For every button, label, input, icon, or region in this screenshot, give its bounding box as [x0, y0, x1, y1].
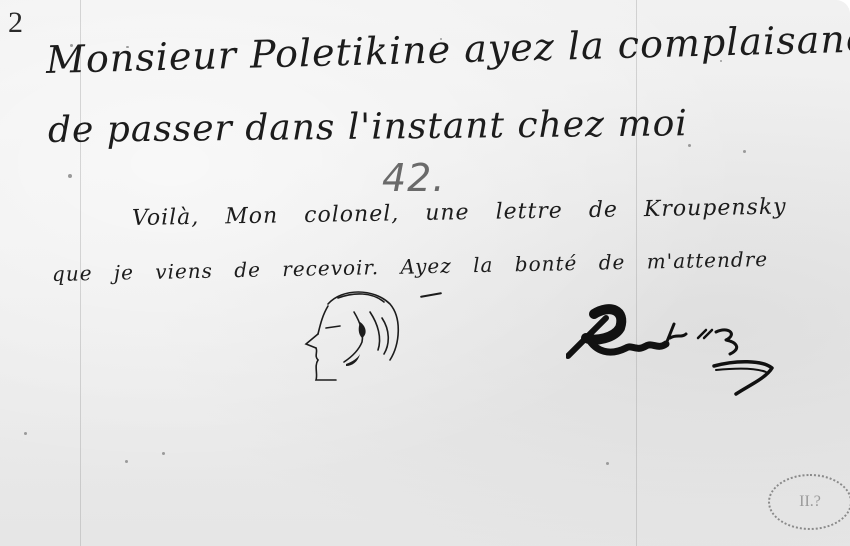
archive-stamp-text: II.?: [799, 493, 821, 511]
ink-underline: [420, 292, 442, 298]
paper-speck: [688, 144, 691, 147]
paper-speck: [162, 452, 165, 455]
letter-line-2: de passer dans l'instant chez moi: [48, 103, 688, 151]
portrait-sketch-icon: [298, 282, 408, 392]
paper-speck: [606, 462, 609, 465]
letter-line-4: que je viens de recevoir. Ayez la bonté …: [52, 247, 769, 286]
pencil-annotation: 42.: [382, 156, 445, 200]
manuscript-page: 2 Monsieur Poletikine ayez la complaisan…: [0, 0, 850, 546]
letter-line-1: Monsieur Poletikine ayez la complaisance: [45, 16, 850, 82]
page-number: 2: [8, 6, 24, 40]
paper-speck: [743, 150, 746, 153]
signature-pouchkine: [566, 298, 816, 428]
paper-speck: [24, 432, 27, 435]
paper-speck: [125, 460, 128, 463]
archive-stamp: II.?: [768, 474, 850, 530]
paper-speck: [68, 174, 72, 178]
letter-line-3: Voilà, Mon colonel, une lettre de Kroupe…: [132, 195, 787, 231]
